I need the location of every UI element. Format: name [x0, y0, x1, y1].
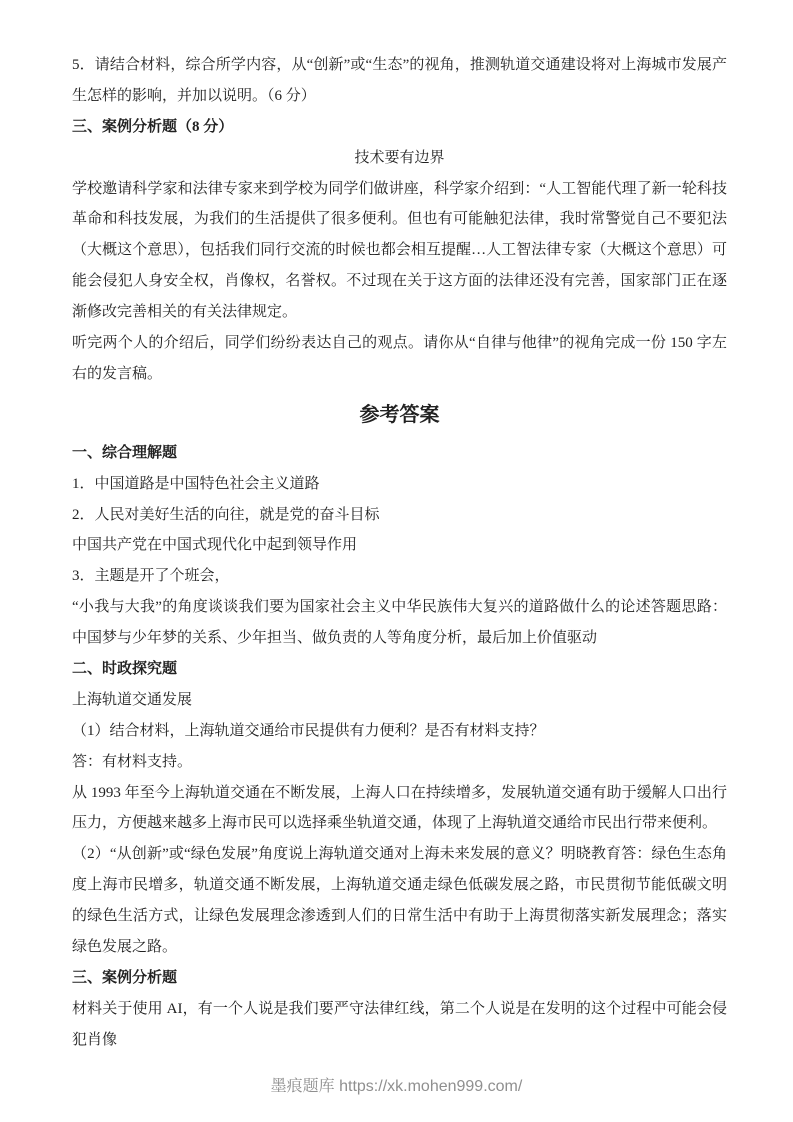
document-page: 5．请结合材料，综合所学内容，从“创新”或“生态”的视角，推测轨道交通建设将对上… — [0, 0, 793, 1122]
reference-answers-title: 参考答案 — [72, 394, 727, 436]
answer-3-continuation: “小我与大我”的角度谈谈我们要为国家社会主义中华民族伟大复兴的道路做什么的论述答… — [72, 592, 727, 654]
answer-2-continuation: 中国共产党在中国式现代化中起到领导作用 — [72, 530, 727, 561]
sub-question-2-with-answer: （2）“从创新”或“绿色发展”角度说上海轨道交通对上海未来发展的意义？明晓教育答… — [72, 839, 727, 963]
case-material-title: 技术要有边界 — [72, 143, 727, 174]
answers-section-3-heading: 三、案例分析题 — [72, 963, 727, 994]
topic-title-text: 上海轨道交通发展 — [72, 685, 727, 716]
exam-section-3-heading: 三、案例分析题（8 分） — [72, 112, 727, 143]
answer-2-text: 2．人民对美好生活的向往，就是党的奋斗目标 — [72, 500, 727, 531]
question-5-text: 5．请结合材料，综合所学内容，从“创新”或“生态”的视角，推测轨道交通建设将对上… — [72, 50, 727, 112]
case-answer-text: 材料关于使用 AI，有一个人说是我们要严守法律红线，第二个人说是在发明的这个过程… — [72, 994, 727, 1056]
case-material-paragraph-2: 听完两个人的介绍后，同学们纷纷表达自己的观点。请你从“自律与他律”的视角完成一份… — [72, 328, 727, 390]
answers-section-1-heading: 一、综合理解题 — [72, 438, 727, 469]
footer-watermark: 墨痕题库 https://xk.mohen999.com/ — [0, 1076, 793, 1098]
case-material-paragraph-1: 学校邀请科学家和法律专家来到学校为同学们做讲座，科学家介绍到：“人工智能代理了新… — [72, 174, 727, 328]
sub-question-1-text: （1）结合材料，上海轨道交通给市民提供有力便利？是否有材料支持？ — [72, 716, 727, 747]
sub-answer-1-short: 答：有材料支持。 — [72, 747, 727, 778]
answer-3-text: 3．主题是开了个班会， — [72, 561, 727, 592]
answer-1-text: 1．中国道路是中国特色社会主义道路 — [72, 469, 727, 500]
sub-answer-1-detail: 从 1993 年至今上海轨道交通在不断发展，上海人口在持续增多，发展轨道交通有助… — [72, 778, 727, 840]
answers-section-2-heading: 二、时政探究题 — [72, 654, 727, 685]
footer-watermark-text: 墨痕题库 https://xk.mohen999.com/ — [271, 1078, 523, 1095]
